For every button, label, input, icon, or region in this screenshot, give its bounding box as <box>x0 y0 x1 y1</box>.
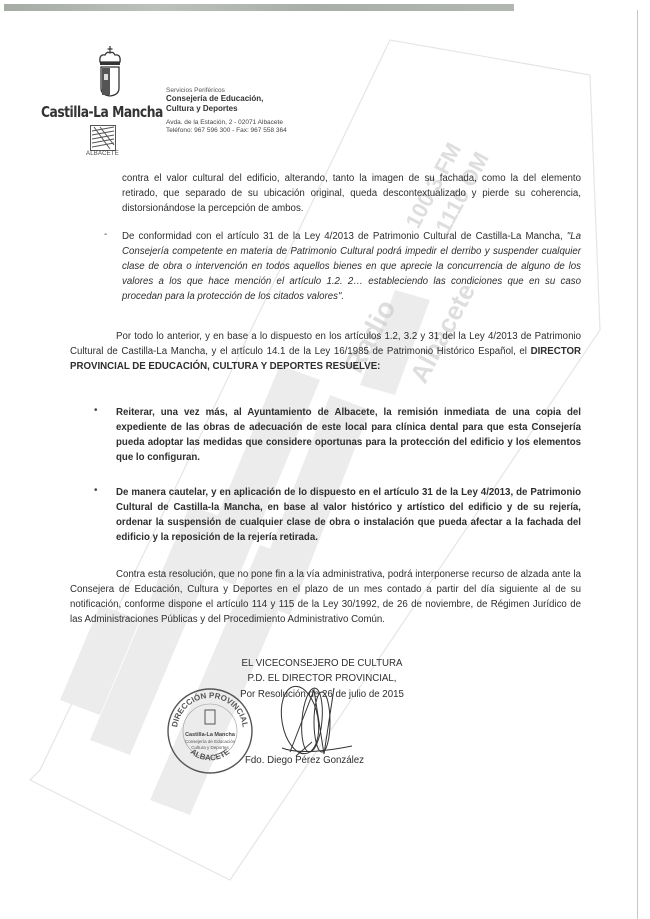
signatory-name: Fdo. Diego Pérez González <box>245 755 364 766</box>
scan-edge-right <box>637 10 638 919</box>
castilla-la-mancha-logo <box>60 46 160 98</box>
paragraph-cultural-value: contra el valor cultural del edificio, a… <box>122 171 581 216</box>
bullet-1: • <box>94 405 98 416</box>
dept-services: Servicios Periféricos <box>166 87 287 94</box>
bullet-2: • <box>94 485 98 496</box>
scan-edge-top <box>4 4 514 11</box>
seal-center-3: Cultura y Deportes <box>191 745 229 750</box>
seal-center-1: Castilla-La Mancha <box>185 732 236 738</box>
paragraph-legal-basis: Por todo lo anterior, y en base a lo dis… <box>70 329 581 374</box>
paragraph-appeal: Contra esta resolución, que no pone fin … <box>70 567 581 627</box>
official-seal-stamp: DIRECCIÓN PROVINCIAL ALBACETE Castilla-L… <box>165 686 255 776</box>
resolution-item-2: De manera cautelar, y en aplicación de l… <box>116 485 581 545</box>
signature-title: EL VICECONSEJERO DE CULTURA <box>222 656 422 671</box>
resolution-item-1: Reiterar, una vez más, al Ayuntamiento d… <box>116 405 581 465</box>
dept-phone: Teléfono: 967 596 300 - Fax: 967 558 364 <box>166 127 287 135</box>
dash-bullet: - <box>104 229 107 240</box>
coat-of-arms-icon <box>95 46 125 98</box>
seal-top-text: DIRECCIÓN PROVINCIAL <box>170 691 250 728</box>
seal-center-2: Consejería de Educación <box>185 739 236 744</box>
emblem-caption: ALBACETE <box>86 151 119 157</box>
dept-ministry-2: Cultura y Deportes <box>166 104 287 113</box>
svg-text:DIRECCIÓN PROVINCIAL: DIRECCIÓN PROVINCIAL <box>170 691 250 728</box>
department-header: Servicios Periféricos Consejería de Educ… <box>166 87 287 136</box>
region-emblem-icon <box>90 125 116 151</box>
article-31-intro: De conformidad con el artículo 31 de la … <box>122 231 567 242</box>
legal-basis-text: Por todo lo anterior, y en base a lo dis… <box>70 331 581 357</box>
dept-ministry: Consejería de Educación, <box>166 94 287 103</box>
dept-address: Avda. de la Estación, 2 - 02071 Albacete <box>166 119 287 127</box>
paragraph-article-31: De conformidad con el artículo 31 de la … <box>122 229 581 304</box>
handwritten-signature <box>272 682 362 762</box>
brand-name: Castilla-La Mancha <box>41 103 163 121</box>
